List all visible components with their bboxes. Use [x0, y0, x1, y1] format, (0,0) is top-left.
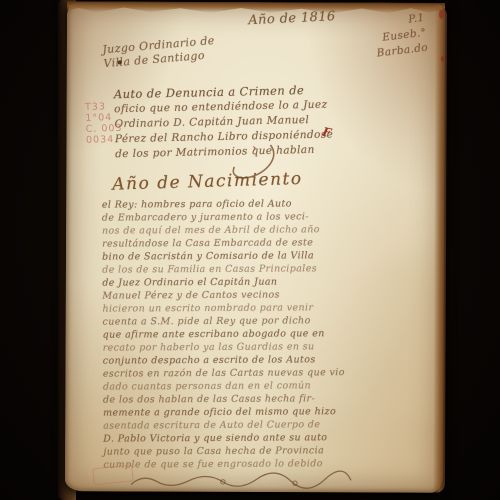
- body-line: de los de su Familia en Casas Principale…: [102, 262, 344, 276]
- opening-paragraph: Auto de Denuncia a Crimen de oficio que …: [114, 82, 334, 162]
- section-heading: Año de Nacimiento: [112, 169, 303, 195]
- closing-flourish: [127, 472, 357, 491]
- court-heading: Juzgo Ordinario de Villa de Santiago: [102, 34, 217, 71]
- page-torn-edge-right: [433, 4, 447, 493]
- body-line: cumple de que se fue engrosado lo debido: [103, 457, 345, 471]
- torn-edge-red-spot: [439, 10, 444, 19]
- body-line: cuenta a S.M. pide al Rey que por dicho: [103, 314, 345, 328]
- body-text: el Rey: hombres para oficio del Auto de …: [102, 197, 346, 471]
- body-line: resultándose la Casa Embarcada de este: [102, 236, 344, 250]
- year-header: Año de 1816: [202, 7, 383, 31]
- torn-edge-red-spot: [441, 56, 445, 62]
- corner-annotation: P.1 Euseb.° Barba.do: [373, 11, 429, 62]
- body-line: de los dos hablan de las Casas hecha fir…: [103, 392, 345, 406]
- body-line: asentada escritura de Auto del Cuerpo de: [103, 418, 345, 432]
- photo-background: Año de 1816 P.1 Euseb.° Barba.do Juzgo O…: [0, 0, 500, 500]
- body-line: recato por haberlo ya las Guardias en su: [103, 340, 345, 354]
- manuscript-page: Año de 1816 P.1 Euseb.° Barba.do Juzgo O…: [65, 2, 445, 493]
